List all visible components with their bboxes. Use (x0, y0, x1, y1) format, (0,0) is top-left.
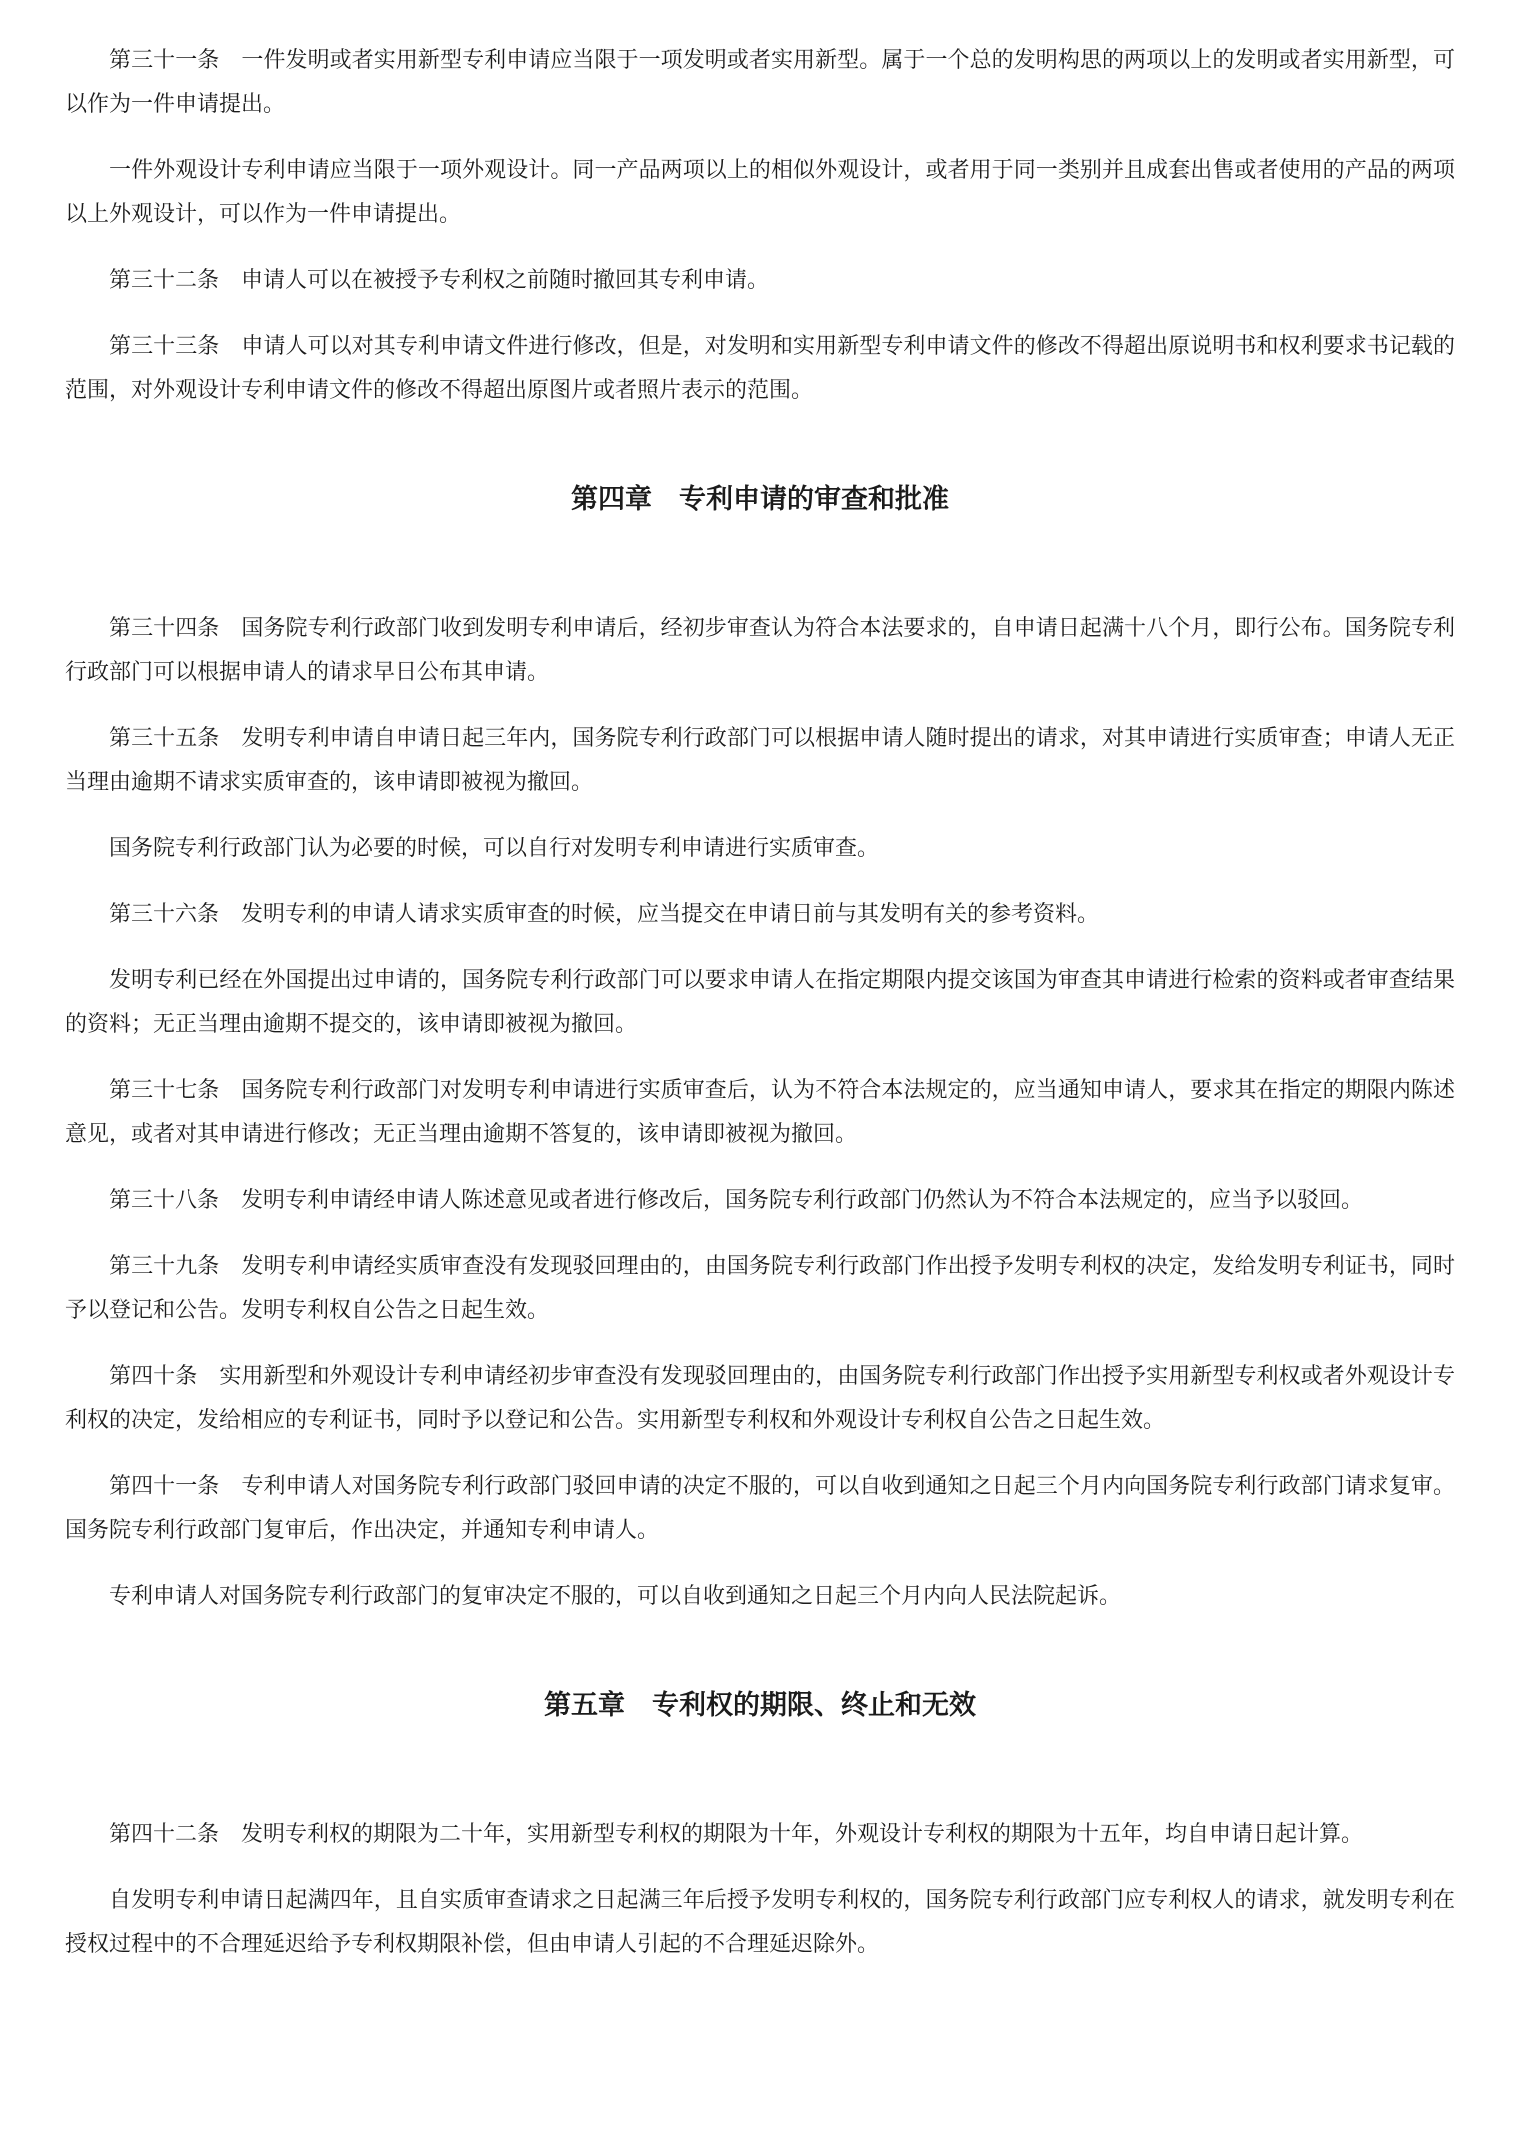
paragraph-article-41: 第四十一条 专利申请人对国务院专利行政部门驳回申请的决定不服的，可以自收到通知之… (65, 1464, 1455, 1552)
paragraph-article-37: 第三十七条 国务院专利行政部门对发明专利申请进行实质审查后，认为不符合本法规定的… (65, 1068, 1455, 1156)
paragraph-article-31: 第三十一条 一件发明或者实用新型专利申请应当限于一项发明或者实用新型。属于一个总… (65, 38, 1455, 126)
paragraph-article-38: 第三十八条 发明专利申请经申请人陈述意见或者进行修改后，国务院专利行政部门仍然认… (65, 1178, 1455, 1222)
paragraph-article-31-design: 一件外观设计专利申请应当限于一项外观设计。同一产品两项以上的相似外观设计，或者用… (65, 148, 1455, 236)
paragraph-article-36-para2: 发明专利已经在外国提出过申请的，国务院专利行政部门可以要求申请人在指定期限内提交… (65, 958, 1455, 1046)
paragraph-article-40: 第四十条 实用新型和外观设计专利申请经初步审查没有发现驳回理由的，由国务院专利行… (65, 1354, 1455, 1442)
paragraph-article-41-para2: 专利申请人对国务院专利行政部门的复审决定不服的，可以自收到通知之日起三个月内向人… (65, 1574, 1455, 1618)
paragraph-article-34: 第三十四条 国务院专利行政部门收到发明专利申请后，经初步审查认为符合本法要求的，… (65, 606, 1455, 694)
paragraph-article-36: 第三十六条 发明专利的申请人请求实质审查的时候，应当提交在申请日前与其发明有关的… (65, 892, 1455, 936)
paragraph-article-42: 第四十二条 发明专利权的期限为二十年，实用新型专利权的期限为十年，外观设计专利权… (65, 1812, 1455, 1856)
paragraph-article-42-para2: 自发明专利申请日起满四年，且自实质审查请求之日起满三年后授予发明专利权的，国务院… (65, 1878, 1455, 1966)
chapter-4-heading: 第四章 专利申请的审查和批准 (65, 476, 1455, 522)
paragraph-article-33: 第三十三条 申请人可以对其专利申请文件进行修改，但是，对发明和实用新型专利申请文… (65, 324, 1455, 412)
paragraph-article-35-para2: 国务院专利行政部门认为必要的时候，可以自行对发明专利申请进行实质审查。 (65, 826, 1455, 870)
paragraph-article-32: 第三十二条 申请人可以在被授予专利权之前随时撤回其专利申请。 (65, 258, 1455, 302)
paragraph-article-35: 第三十五条 发明专利申请自申请日起三年内，国务院专利行政部门可以根据申请人随时提… (65, 716, 1455, 804)
document-page: 第三十一条 一件发明或者实用新型专利申请应当限于一项发明或者实用新型。属于一个总… (0, 0, 1520, 2150)
chapter-5-heading: 第五章 专利权的期限、终止和无效 (65, 1682, 1455, 1728)
paragraph-article-39: 第三十九条 发明专利申请经实质审查没有发现驳回理由的，由国务院专利行政部门作出授… (65, 1244, 1455, 1332)
